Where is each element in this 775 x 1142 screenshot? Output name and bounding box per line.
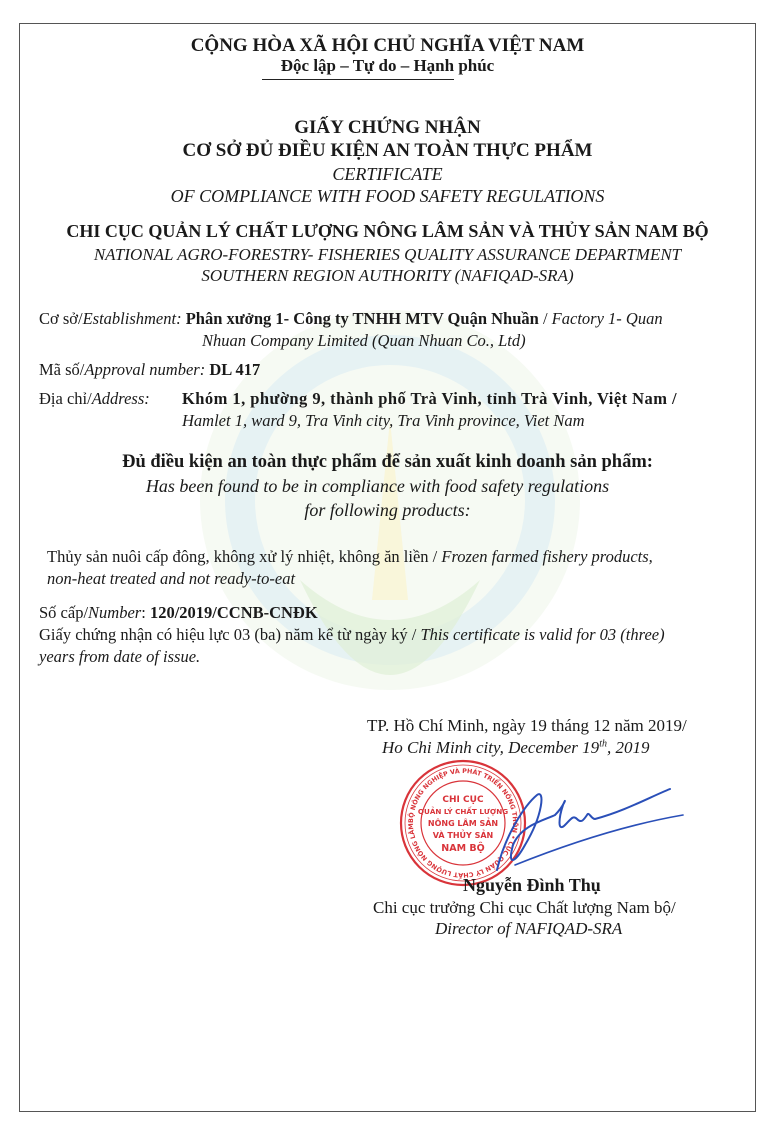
validity-row: Giấy chứng nhận có hiệu lực 03 (ba) năm … (39, 625, 665, 645)
approval-label-vi: Mã số/ (39, 360, 84, 379)
number-colon: : (141, 603, 150, 622)
validity-en-line2: years from date of issue. (39, 647, 200, 667)
establishment-sep: / (539, 309, 552, 328)
approval-number: DL 417 (209, 360, 260, 379)
approval-row: Mã số/Approval number: DL 417 (39, 360, 260, 380)
compliance-vi: Đủ điều kiện an toàn thực phẩm để sản xu… (0, 452, 775, 473)
products-en-line2: non-heat treated and not ready-to-eat (47, 569, 295, 589)
validity-vi: Giấy chứng nhận có hiệu lực 03 (ba) năm … (39, 625, 420, 644)
signatory-title-vi: Chi cục trưởng Chi cục Chất lượng Nam bộ… (373, 898, 676, 918)
svg-text:CHI CỤC: CHI CỤC (442, 795, 484, 805)
motto-underline (262, 79, 454, 80)
compliance-en-line2: for following products: (0, 500, 775, 521)
establishment-value-en: Factory 1- Quan (552, 309, 663, 328)
signatory-title-en: Director of NAFIQAD-SRA (435, 919, 622, 939)
products-row: Thủy sản nuôi cấp đông, không xử lý nhiệ… (47, 547, 653, 567)
title-vi-line2: CƠ SỞ ĐỦ ĐIỀU KIỆN AN TOÀN THỰC PHẨM (0, 140, 775, 162)
signatory-name: Nguyễn Đình Thụ (463, 875, 601, 896)
compliance-en-line1: Has been found to be in compliance with … (0, 476, 765, 497)
number-label-vi: Số cấp/ (39, 603, 88, 622)
address-row: Địa chỉ/Address: (39, 389, 150, 409)
products-en-line1: Frozen farmed fishery products, (441, 547, 652, 566)
certificate-number: 120/2019/CCNB-CNĐK (150, 603, 318, 622)
authority-vi: CHI CỤC QUẢN LÝ CHẤT LƯỢNG NÔNG LÂM SẢN … (0, 221, 775, 242)
issue-date-vi: TP. Hồ Chí Minh, ngày 19 tháng 12 năm 20… (367, 716, 687, 736)
issue-date-en: Ho Chi Minh city, December 19th, 2019 (382, 738, 649, 758)
validity-en-line1: This certificate is valid for 03 (three) (420, 625, 664, 644)
address-label-vi: Địa chỉ/ (39, 389, 92, 408)
svg-text:NAM BỘ: NAM BỘ (441, 843, 484, 854)
issue-date-en-sup: th (599, 738, 607, 749)
number-row: Số cấp/Number: 120/2019/CCNB-CNĐK (39, 603, 318, 623)
title-en-line2: OF COMPLIANCE WITH FOOD SAFETY REGULATIO… (0, 186, 775, 207)
address-value-en: Hamlet 1, ward 9, Tra Vinh city, Tra Vin… (182, 411, 585, 431)
authority-en-line1: NATIONAL AGRO-FORESTRY- FISHERIES QUALIT… (0, 245, 775, 265)
issue-date-en-prefix: Ho Chi Minh city, December 19 (382, 738, 599, 757)
approval-label-en: Approval number: (84, 360, 205, 379)
establishment-label-vi: Cơ sở/ (39, 309, 83, 328)
establishment-value-en-line2: Nhuan Company Limited (Quan Nhuan Co., L… (202, 331, 526, 351)
title-en-line1: CERTIFICATE (0, 164, 775, 185)
title-vi-line1: GIẤY CHỨNG NHẬN (0, 117, 775, 139)
establishment-label-en: Establishment: (83, 309, 182, 328)
number-label-en: Number (88, 603, 141, 622)
issue-date-en-suffix: , 2019 (607, 738, 650, 757)
establishment-row: Cơ sở/Establishment: Phân xưởng 1- Công … (39, 309, 663, 329)
products-vi: Thủy sản nuôi cấp đông, không xử lý nhiệ… (47, 547, 441, 566)
republic-heading: CỘNG HÒA XÃ HỘI CHỦ NGHĨA VIỆT NAM (0, 35, 775, 57)
authority-en-line2: SOUTHERN REGION AUTHORITY (NAFIQAD-SRA) (0, 266, 775, 286)
establishment-value-vi: Phân xưởng 1- Công ty TNHH MTV Quận Nhuầ… (186, 309, 539, 328)
signature-icon (485, 775, 685, 885)
address-label-en: Address: (92, 389, 150, 408)
motto: Độc lập – Tự do – Hạnh phúc (0, 56, 775, 76)
address-value-vi: Khóm 1, phường 9, thành phố Trà Vinh, tỉ… (182, 389, 677, 409)
